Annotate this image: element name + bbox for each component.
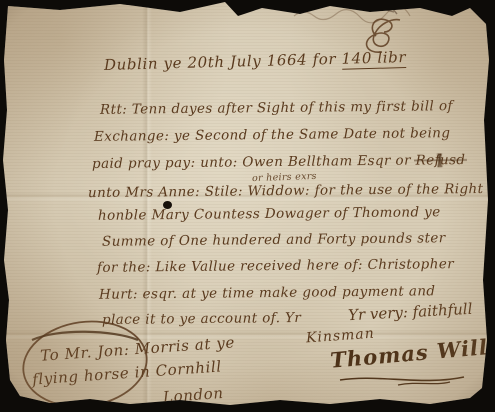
body-line-2: Exchange: ye Second of the Same Date not… — [94, 125, 451, 145]
fold-crease-horizontal — [0, 192, 495, 202]
address-line-1: To Mr. Jon: Morris at ye — [40, 333, 236, 365]
address-oval-flourish-icon — [18, 318, 153, 410]
signature-flourish-icon — [338, 372, 468, 388]
body-line-3: paid pray pay: unto: Owen Belltham Esqr … — [92, 152, 466, 172]
manuscript-paper: Dublin ye 20th July 1664 for 140 libr Rt… — [0, 0, 495, 412]
body-line-3-struck-word: Refusd — [416, 152, 466, 169]
dateline: Dublin ye 20th July 1664 for 140 libr — [104, 48, 407, 74]
closing-faithfull: Yr very: faithfull — [348, 300, 473, 324]
body-line-7: for the: Like Vallue received here of: C… — [97, 256, 454, 276]
signature: Thomas Willis — [329, 332, 495, 373]
body-line-4: unto Mrs Anne: Stile: Widdow: for the us… — [88, 181, 484, 201]
dateline-amount: 140 libr — [341, 48, 406, 70]
monogram-flourish-icon — [352, 14, 404, 60]
fold-crease-vertical — [142, 0, 152, 412]
body-line-8: Hurt: esqr. at ye time make good payment… — [99, 283, 436, 303]
body-line-9: place it to ye account of. Yr — [102, 310, 301, 328]
ink-blot — [163, 201, 172, 209]
fold-crease-horizontal-2 — [0, 330, 495, 340]
closing-kinsman: Kinsman — [306, 326, 376, 347]
body-line-1: Rtt: Tenn dayes after Sight of this my f… — [100, 98, 453, 118]
interline-insertion: or heirs exrs — [252, 171, 317, 184]
body-line-6: Summe of One hundered and Forty pounds s… — [102, 230, 446, 250]
bleedthrough-marks-icon — [290, 6, 420, 24]
photo-background: Dublin ye 20th July 1664 for 140 libr Rt… — [0, 0, 495, 412]
address-line-3: London — [162, 384, 224, 406]
address-line-2: flying horse in Cornhill — [32, 357, 223, 388]
body-line-3-text: paid pray pay: unto: Owen Belltham Esqr … — [92, 153, 411, 172]
dateline-text: Dublin ye 20th July 1664 for — [104, 50, 337, 74]
body-line-5: honble Mary Countess Dowager of Thomond … — [98, 204, 441, 224]
